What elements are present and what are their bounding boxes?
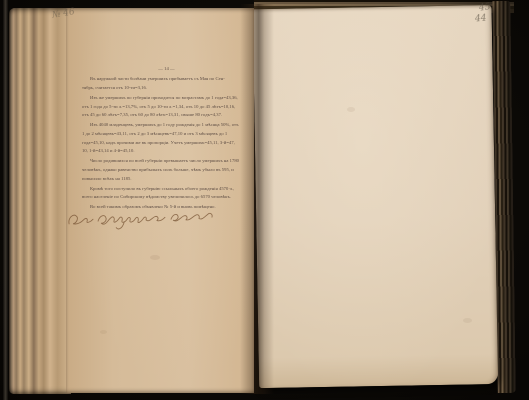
- page-number-header: — 14 —: [82, 65, 251, 74]
- text-line: повысило всѣхъ на 1185.: [82, 175, 251, 184]
- text-line: тябрь, считается отъ 10-ти=3,16.: [82, 84, 251, 93]
- paragraph: Кромѣ того поступило въ губернію ссыльны…: [82, 185, 251, 202]
- paragraph: Изъ 4040 младенцевъ, умершихъ до 1 году …: [82, 121, 251, 155]
- text-line: человѣкъ, однако равенство прибылыхъ сил…: [82, 166, 251, 175]
- text-line: отъ 1 года до 5-ти л.=13,7%, отъ 5 до 10…: [82, 103, 251, 112]
- text-line: Въ наружной части болѣзни умершихъ прибы…: [82, 75, 251, 84]
- left-page-stack-edges: [9, 8, 71, 394]
- text-line: отъ 45 до 60 лѣтъ=7,35, отъ 60 до 80 лѣт…: [82, 111, 251, 120]
- text-line: Число родившихся по всей губерніи превыш…: [82, 157, 251, 166]
- text-line: Изъ 4040 младенцевъ, умершихъ до 1 году …: [82, 121, 251, 130]
- paragraph: Изъ же умершихъ по губерніи приходится п…: [82, 94, 251, 120]
- pencil-page-number-top: 45: [478, 2, 491, 13]
- paragraph: Въ наружной части болѣзни умершихъ прибы…: [82, 75, 251, 92]
- text-line: 10, 1-й=43,14 и 4-й=45,10.: [82, 147, 251, 156]
- text-line: 1 до 2 мѣсяцевъ=43,11, отъ 2 до 3 мѣсяце…: [82, 130, 251, 139]
- printed-text-block: — 14 — Въ наружной части болѣзни умерших…: [82, 65, 251, 212]
- text-line: Кромѣ того поступило въ губернію ссыльны…: [82, 185, 251, 194]
- text-line: всего населеніе по Сибирскому вѣдомству …: [82, 193, 251, 202]
- right-blank-page: [253, 5, 499, 388]
- text-line: Изъ же умершихъ по губерніи приходится п…: [82, 94, 251, 103]
- archival-book-photo: — 14 — Въ наружной части болѣзни умерших…: [0, 0, 529, 400]
- pencil-page-number-bottom: 44: [475, 14, 487, 25]
- photo-edge-strip: [3, 0, 8, 400]
- paragraph: Число родившихся по всей губерніи превыш…: [82, 157, 251, 183]
- text-line: года=45,10, надъ прочими же въ пропорціи…: [82, 139, 251, 148]
- signature-handwriting: [64, 203, 219, 235]
